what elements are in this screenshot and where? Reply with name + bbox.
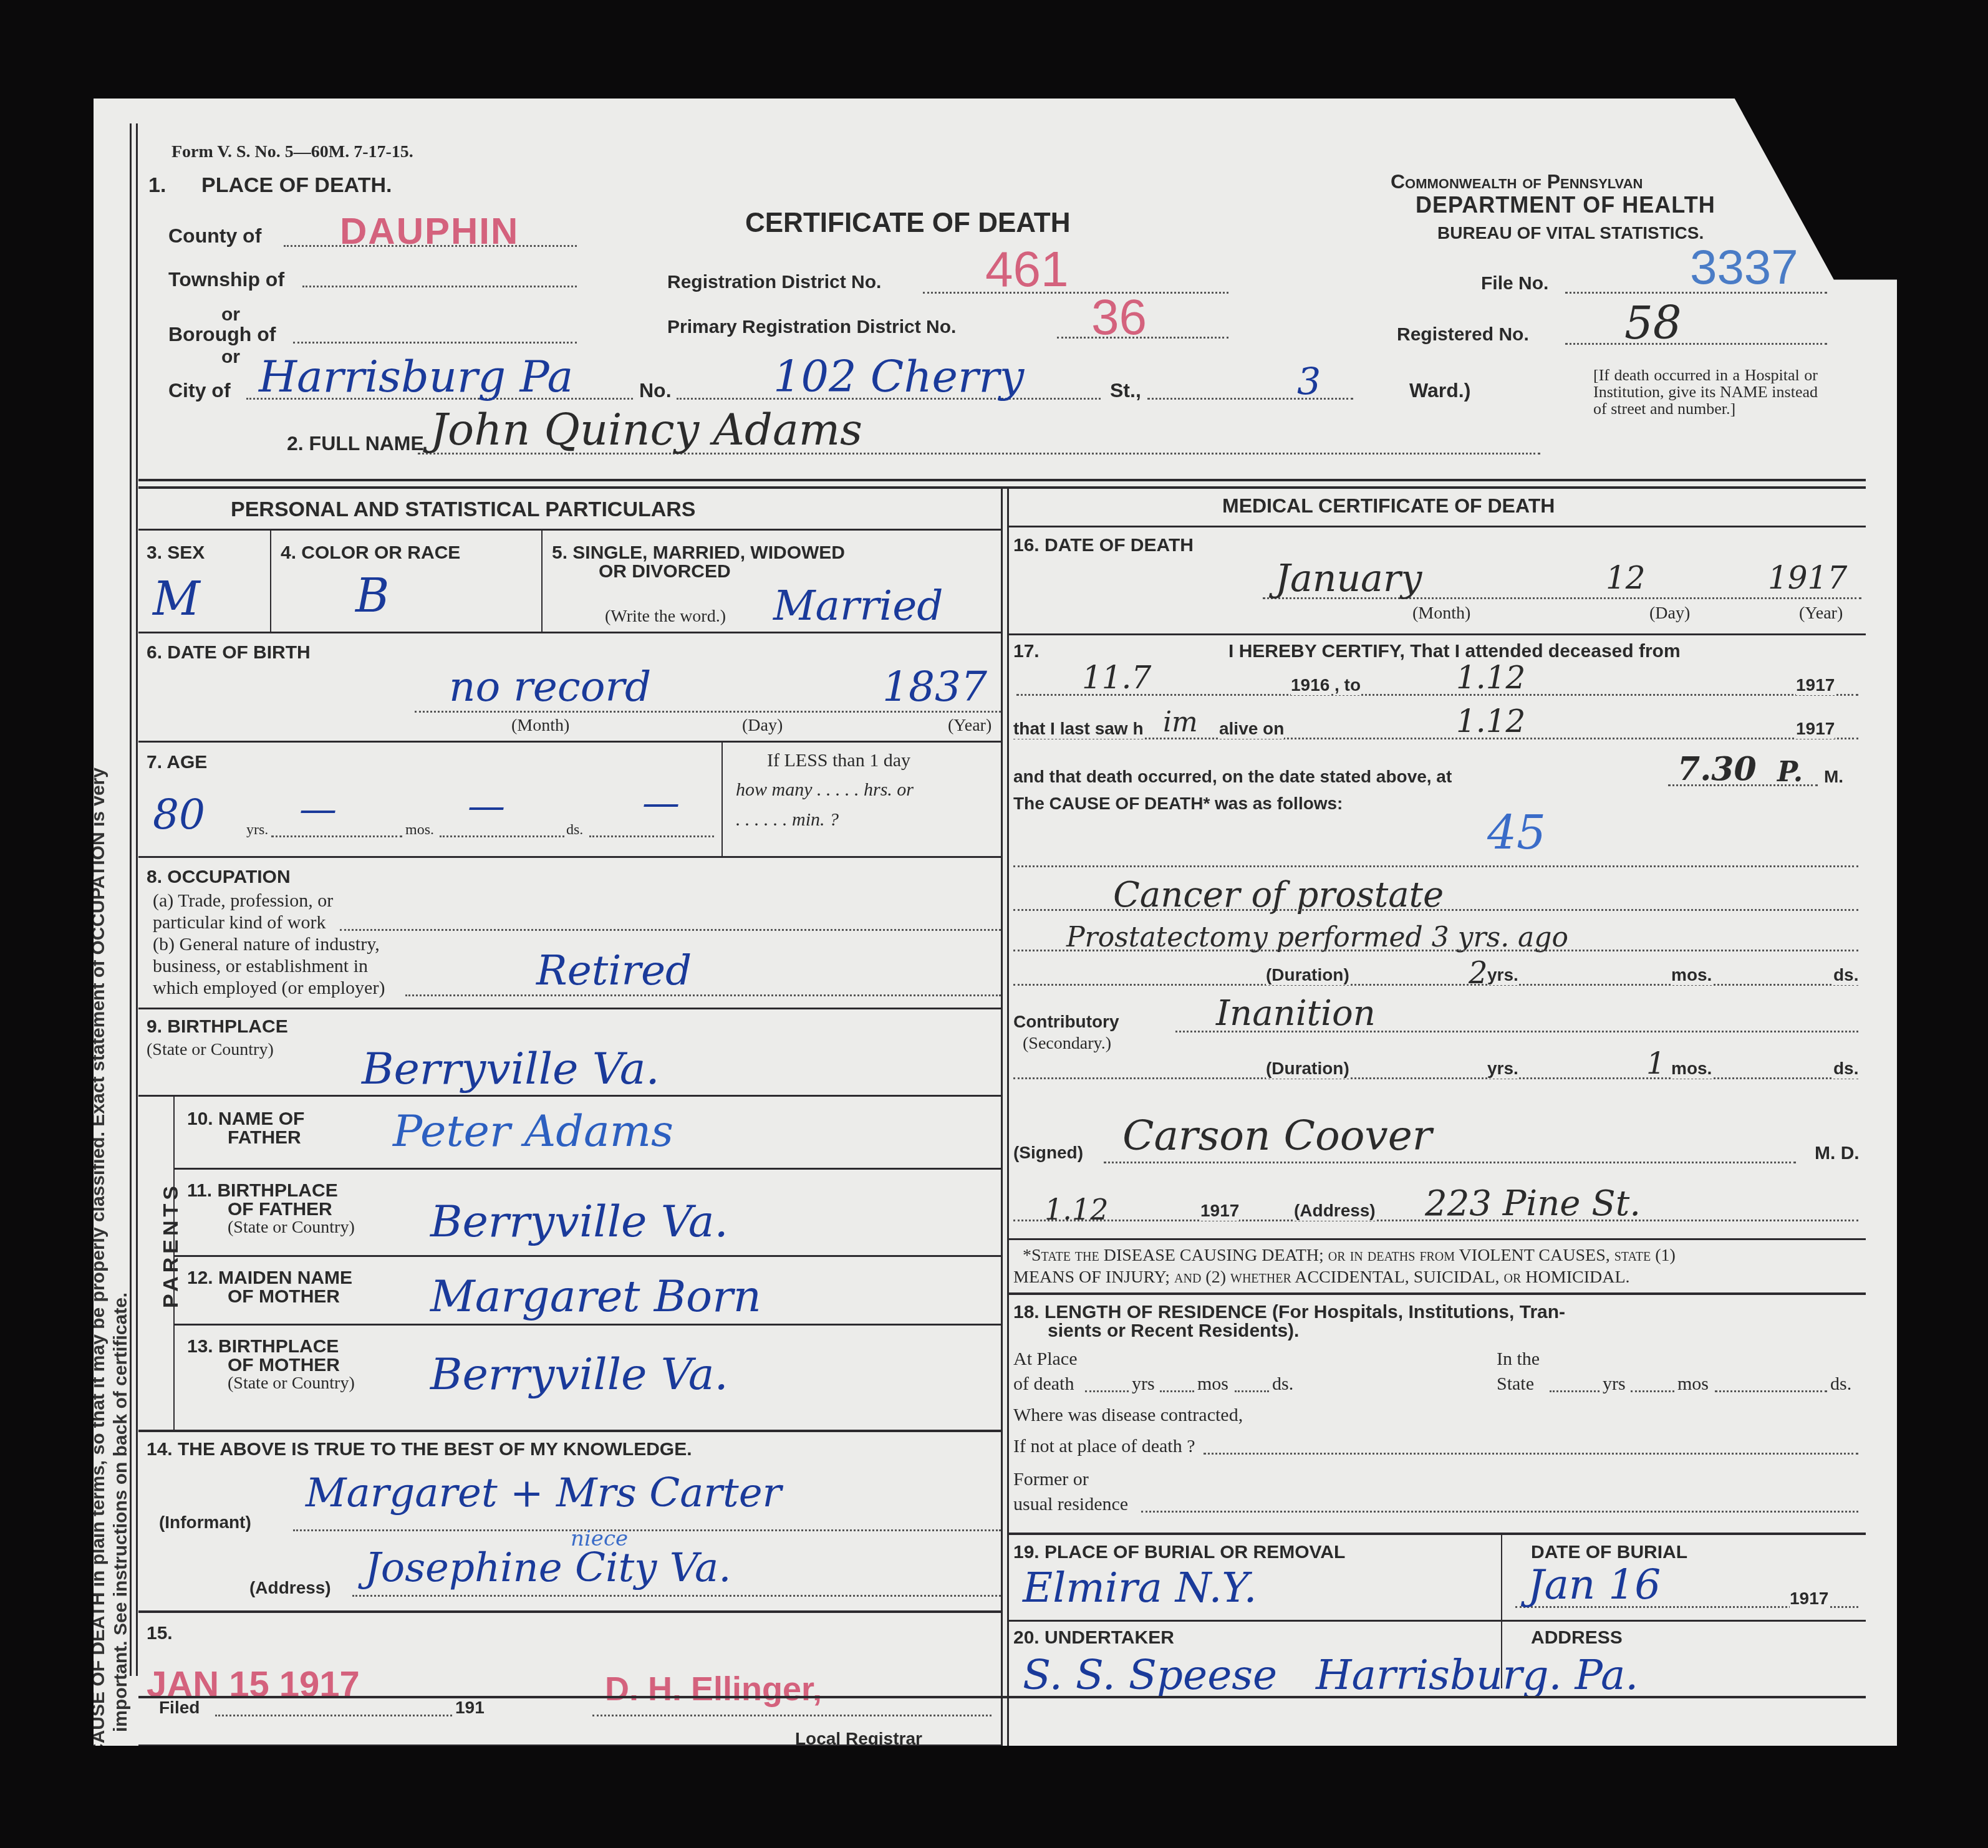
contributory-label: Contributory [1013,1012,1119,1032]
ds-label: ds. [1830,1374,1851,1395]
undertaker-address-label: ADDRESS [1531,1627,1623,1648]
cause-note-value: Prostatectomy performed 3 yrs. ago [1066,922,1568,953]
age-years-line [271,835,402,837]
marital-label: 5. SINGLE, MARRIED, WIDOWED [552,542,845,564]
attended-from-year: 1916 [1291,675,1329,695]
contracted-line [1204,1453,1858,1455]
ds-label: ds. [1272,1374,1293,1395]
informant-section-label: 14. THE ABOVE IS TRUE TO THE BEST OF MY … [147,1439,692,1460]
primary-district-stamp: 36 [1091,289,1147,346]
burial-date-label: DATE OF BURIAL [1531,1542,1687,1563]
signature-line [1104,1162,1796,1163]
street-no-label: No. [639,379,672,402]
city-label: City of [168,379,231,402]
state-yrs-line [1550,1390,1600,1392]
registration-district-line [923,292,1228,294]
at-place-label: At Place [1013,1349,1077,1370]
place-of-death-label: 1. PLACE OF DEATH. [148,173,392,198]
medical-section-title: MEDICAL CERTIFICATE OF DEATH [1222,494,1555,517]
street-label: St., [1110,379,1141,402]
less-than-day-note: how many . . . . . hrs. or [736,779,914,801]
occupation-b-line [405,994,1001,996]
death-time-label: and that death occurred, on the date sta… [1013,767,1452,787]
dod-year-value: 1917 [1768,560,1847,596]
divider [138,1430,1001,1432]
father-birthplace-label-2: OF FATHER [228,1199,332,1220]
undertaker-address-value: Harrisburg. Pa. [1316,1651,1638,1699]
mother-birthplace-label-2: OF MOTHER [228,1355,340,1376]
ds-label: ds. [1833,1059,1858,1079]
contracted-label: Where was disease contracted, [1013,1405,1243,1426]
primary-duration-line [1013,984,1858,986]
in-state-label-2: State [1497,1374,1534,1395]
contributory-duration-months: 1 [1646,1046,1666,1081]
agency-bureau: BUREAU OF VITAL STATISTICS. [1437,223,1704,243]
physician-signature: Carson Coover [1122,1112,1432,1160]
full-name-label: 2. FULL NAME [287,432,424,455]
registration-district-label: Registration District No. [667,272,881,293]
attended-from-value: 11.7 [1082,660,1151,696]
mos-label: mos [1677,1374,1709,1395]
mother-name-label: 12. MAIDEN NAME [187,1268,352,1289]
father-name-value: Peter Adams [393,1105,673,1157]
month-caption: (Month) [1412,604,1470,623]
divider [138,1095,1001,1097]
informant-address-line [352,1595,1001,1597]
mother-name-value: Margaret Born [430,1271,761,1322]
death-certificate: CAUSE OF DEATH in plain terms, so that i… [94,99,1897,1746]
signed-year: 1917 [1200,1201,1239,1221]
secondary-label: (Secondary.) [1023,1034,1111,1054]
occupation-hint: (a) Trade, profession, or [153,890,333,912]
mother-birthplace-label: 13. BIRTHPLACE [187,1336,339,1357]
race-label: 4. COLOR OR RACE [281,542,460,564]
occupation-label: 8. OCCUPATION [147,867,291,888]
file-no-value: 3337 [1690,239,1798,296]
marital-hint: (Write the word.) [605,607,726,627]
last-saw-date-value: 1.12 [1456,703,1525,739]
dob-year-value: 1837 [882,663,987,711]
age-label: 7. AGE [147,752,207,773]
divider [138,632,1001,633]
informant-value: Margaret + Mrs Carter [306,1470,781,1516]
registrar-label: Local Registrar [795,1729,922,1749]
ds-label: ds. [1833,965,1858,985]
registered-no-line [1565,343,1827,345]
duration-label: (Duration) [1266,965,1349,985]
dod-month-value: January [1275,557,1422,600]
less-than-day-note: . . . . . . min. ? [736,809,839,830]
father-name-label: 10. NAME OF [187,1109,304,1130]
yrs-label: yrs. [1487,1059,1518,1079]
dod-label: 16. DATE OF DEATH [1013,535,1194,556]
ds-caption: ds. [566,822,583,839]
undertaker-value: S. S. Speese [1023,1651,1277,1699]
father-name-label-2: FATHER [228,1127,301,1148]
mother-birthplace-value: Berryville Va. [430,1349,728,1400]
divider [138,1610,1001,1613]
dob-label: 6. DATE OF BIRTH [147,642,311,663]
agency-department: DEPARTMENT OF HEALTH [1416,192,1715,218]
signed-label: (Signed) [1013,1143,1083,1163]
alive-on-label: alive on [1219,719,1284,739]
form-number: Form V. S. No. 5—60M. 7-17-15. [171,142,413,162]
burial-year: 1917 [1790,1589,1828,1609]
occupation-value: Retired [536,946,692,994]
cause-line [1013,950,1858,951]
divider [541,529,543,632]
cause-line [1013,865,1858,867]
residence-ds-line [1235,1390,1269,1392]
in-state-label: In the [1497,1349,1540,1370]
dod-day-value: 12 [1606,560,1646,596]
certify-number: 17. [1013,641,1040,662]
age-years-value: 80 [153,791,205,839]
margin-rule [130,123,132,1676]
day-caption: (Day) [1649,604,1690,623]
state-mos-line [1631,1390,1674,1392]
divider [1007,1238,1866,1240]
divider [138,529,1001,531]
cause-line [1013,909,1858,911]
ward-label: Ward.) [1409,379,1470,402]
mos-label: mos. [1671,1059,1712,1079]
death-time-ampm: P. [1777,756,1803,788]
divider [138,741,1001,743]
divider [138,1745,1001,1747]
day-caption: (Day) [742,716,783,736]
filed-year-prefix: 191 [455,1698,485,1718]
physician-address-label: (Address) [1294,1201,1376,1221]
mos-label: mos. [1671,965,1712,985]
or-label: or [221,304,240,325]
burial-place-label: 19. PLACE OF BURIAL OR REMOVAL [1013,1542,1345,1563]
ward-value: 3 [1297,360,1321,404]
residence-mos-line [1160,1390,1194,1392]
burial-date-value: Jan 16 [1528,1561,1661,1609]
birthplace-value: Berryville Va. [362,1043,660,1094]
dob-field-line [415,711,1001,713]
state-ds-line [1715,1390,1827,1392]
township-field-line [302,286,577,287]
registered-no-label: Registered No. [1397,324,1529,345]
age-months-value: — [299,787,337,831]
filing-section-label: 15. [147,1623,173,1644]
informant-address-value: Josephine City Va. [365,1545,731,1591]
last-saw-label: that I last saw h [1013,719,1144,739]
agency-commonwealth: Commonwealth of Pennsylvan [1391,170,1643,193]
marital-value: Married [773,582,943,630]
father-birthplace-label: 11. BIRTHPLACE [187,1180,338,1201]
attended-to-value: 1.12 [1456,660,1525,696]
divider [1007,1533,1866,1535]
divider [1007,1620,1866,1622]
yrs-label: yrs [1603,1374,1626,1395]
occupation-a-line [340,929,1001,931]
file-no-label: File No. [1481,273,1548,294]
father-birthplace-sublabel: (State or Country) [228,1218,355,1238]
column-divider [1007,486,1009,1786]
informant-line [293,1529,1001,1531]
divider [138,1752,1866,1754]
divider [1007,1292,1866,1295]
borough-label: Borough of [168,323,276,346]
full-name-value: John Quincy Adams [430,404,862,455]
contributory-duration-line [1013,1077,1858,1079]
age-days-value: — [468,784,505,828]
divider [138,479,1866,481]
occupation-hint: (b) General nature of industry, [153,934,380,955]
year-caption: (Year) [948,716,992,736]
informant-label: (Informant) [159,1513,251,1533]
cause-footnote: *State the DISEASE CAUSING DEATH; or in … [1023,1246,1676,1266]
md-label: M. D. [1815,1143,1860,1164]
yrs-label: yrs. [1487,965,1518,985]
birthplace-sublabel: (State or Country) [147,1040,274,1060]
or-label: or [221,347,240,368]
year-caption: (Year) [1799,604,1843,623]
divider [138,856,1001,858]
registrar-stamp: D. H. Ellinger, [605,1670,822,1708]
race-value: B [355,569,389,623]
residence-yrs-line [1085,1390,1129,1392]
to-label: , to [1334,675,1361,695]
last-saw-him-value: im [1163,706,1198,738]
cause-footnote: MEANS OF INJURY; and (2) whether ACCIDEN… [1013,1268,1630,1287]
county-value-stamp: DAUPHIN [340,209,519,253]
mos-caption: mos. [405,822,434,839]
birthplace-label: 9. BIRTHPLACE [147,1016,288,1037]
divider [138,1008,1001,1009]
residence-label: 18. LENGTH OF RESIDENCE (For Hospitals, … [1013,1302,1565,1323]
mother-birthplace-sublabel: (State or Country) [228,1374,355,1393]
registrar-line [592,1715,992,1716]
mother-name-label-2: OF MOTHER [228,1286,340,1307]
sex-label: 3. SEX [147,542,205,564]
certify-statement: I HEREBY CERTIFY, That I attended deceas… [1228,641,1681,662]
less-than-day-note: If LESS than 1 day [767,750,910,771]
physician-address-value: 223 Pine St. [1425,1183,1641,1224]
attended-to-year: 1917 [1796,675,1835,695]
mos-label: mos [1197,1374,1228,1395]
margin-rule [136,123,138,1676]
yrs-label: yrs [1132,1374,1155,1395]
signed-date-value: 1.12 [1045,1193,1108,1226]
divider [138,1696,1866,1698]
duration-label: (Duration) [1266,1059,1349,1079]
divider [173,1168,1001,1170]
filed-line [215,1715,452,1716]
occupation-hint: particular kind of work [153,912,326,933]
father-birthplace-value: Berryville Va. [430,1196,728,1247]
divider [173,1095,175,1432]
marital-label-2: OR DIVORCED [599,561,731,582]
county-label: County of [168,224,261,248]
contributory-value: Inanition [1216,993,1376,1034]
divider [1007,633,1866,635]
registration-district-stamp: 461 [985,241,1068,298]
cause-code-value: 45 [1487,806,1546,860]
divider [173,1255,1001,1257]
month-caption: (Month) [511,716,569,736]
sex-value: M [153,572,200,626]
divider [173,1324,1001,1326]
primary-district-label: Primary Registration District No. [667,317,956,338]
document-title: CERTIFICATE OF DEATH [745,208,1070,239]
age-days-line [589,835,714,837]
ward-field-line [1147,398,1353,400]
divider [721,741,723,856]
at-place-label-2: of death [1013,1374,1074,1395]
residence-label-2: sients or Recent Residents). [1048,1321,1299,1342]
city-value: Harrisburg Pa [259,351,573,402]
burial-place-value: Elmira N.Y. [1023,1564,1257,1612]
undertaker-label: 20. UNDERTAKER [1013,1627,1174,1648]
parents-side-label: PARENTS [159,1182,183,1308]
hospital-note: [If death occurred in a Hospital or Inst… [1593,367,1818,417]
primary-duration-years: 2 [1469,956,1488,991]
divider [1007,526,1866,527]
township-label: Township of [168,268,284,291]
former-residence-label: Former or [1013,1469,1089,1490]
occupation-hint: which employed (or employer) [153,978,385,999]
former-residence-label-2: usual residence [1013,1494,1128,1515]
street-address-value: 102 Cherry [773,351,1024,402]
last-saw-year: 1917 [1796,719,1835,739]
registered-no-value: 58 [1624,297,1682,349]
dob-month-value: no record [449,663,651,711]
margin-instructions: CAUSE OF DEATH in plain terms, so that i… [87,768,132,1757]
contracted-label-2: If not at place of death ? [1013,1436,1195,1457]
filed-label: Filed [159,1698,200,1718]
age-hours-value: — [642,781,680,825]
m-label: M. [1824,767,1843,787]
personal-section-title: PERSONAL AND STATISTICAL PARTICULARS [231,498,696,522]
yrs-caption: yrs. [246,822,268,839]
informant-address-label: (Address) [249,1578,331,1598]
former-residence-line [1141,1511,1858,1513]
column-divider [1001,486,1003,1786]
death-time-value: 7.30 [1677,750,1757,788]
borough-field-line [293,342,577,344]
occupation-hint: business, or establishment in [153,956,368,977]
cause-label: The CAUSE OF DEATH* was as follows: [1013,794,1343,814]
divider [270,529,271,632]
age-months-line [440,835,564,837]
